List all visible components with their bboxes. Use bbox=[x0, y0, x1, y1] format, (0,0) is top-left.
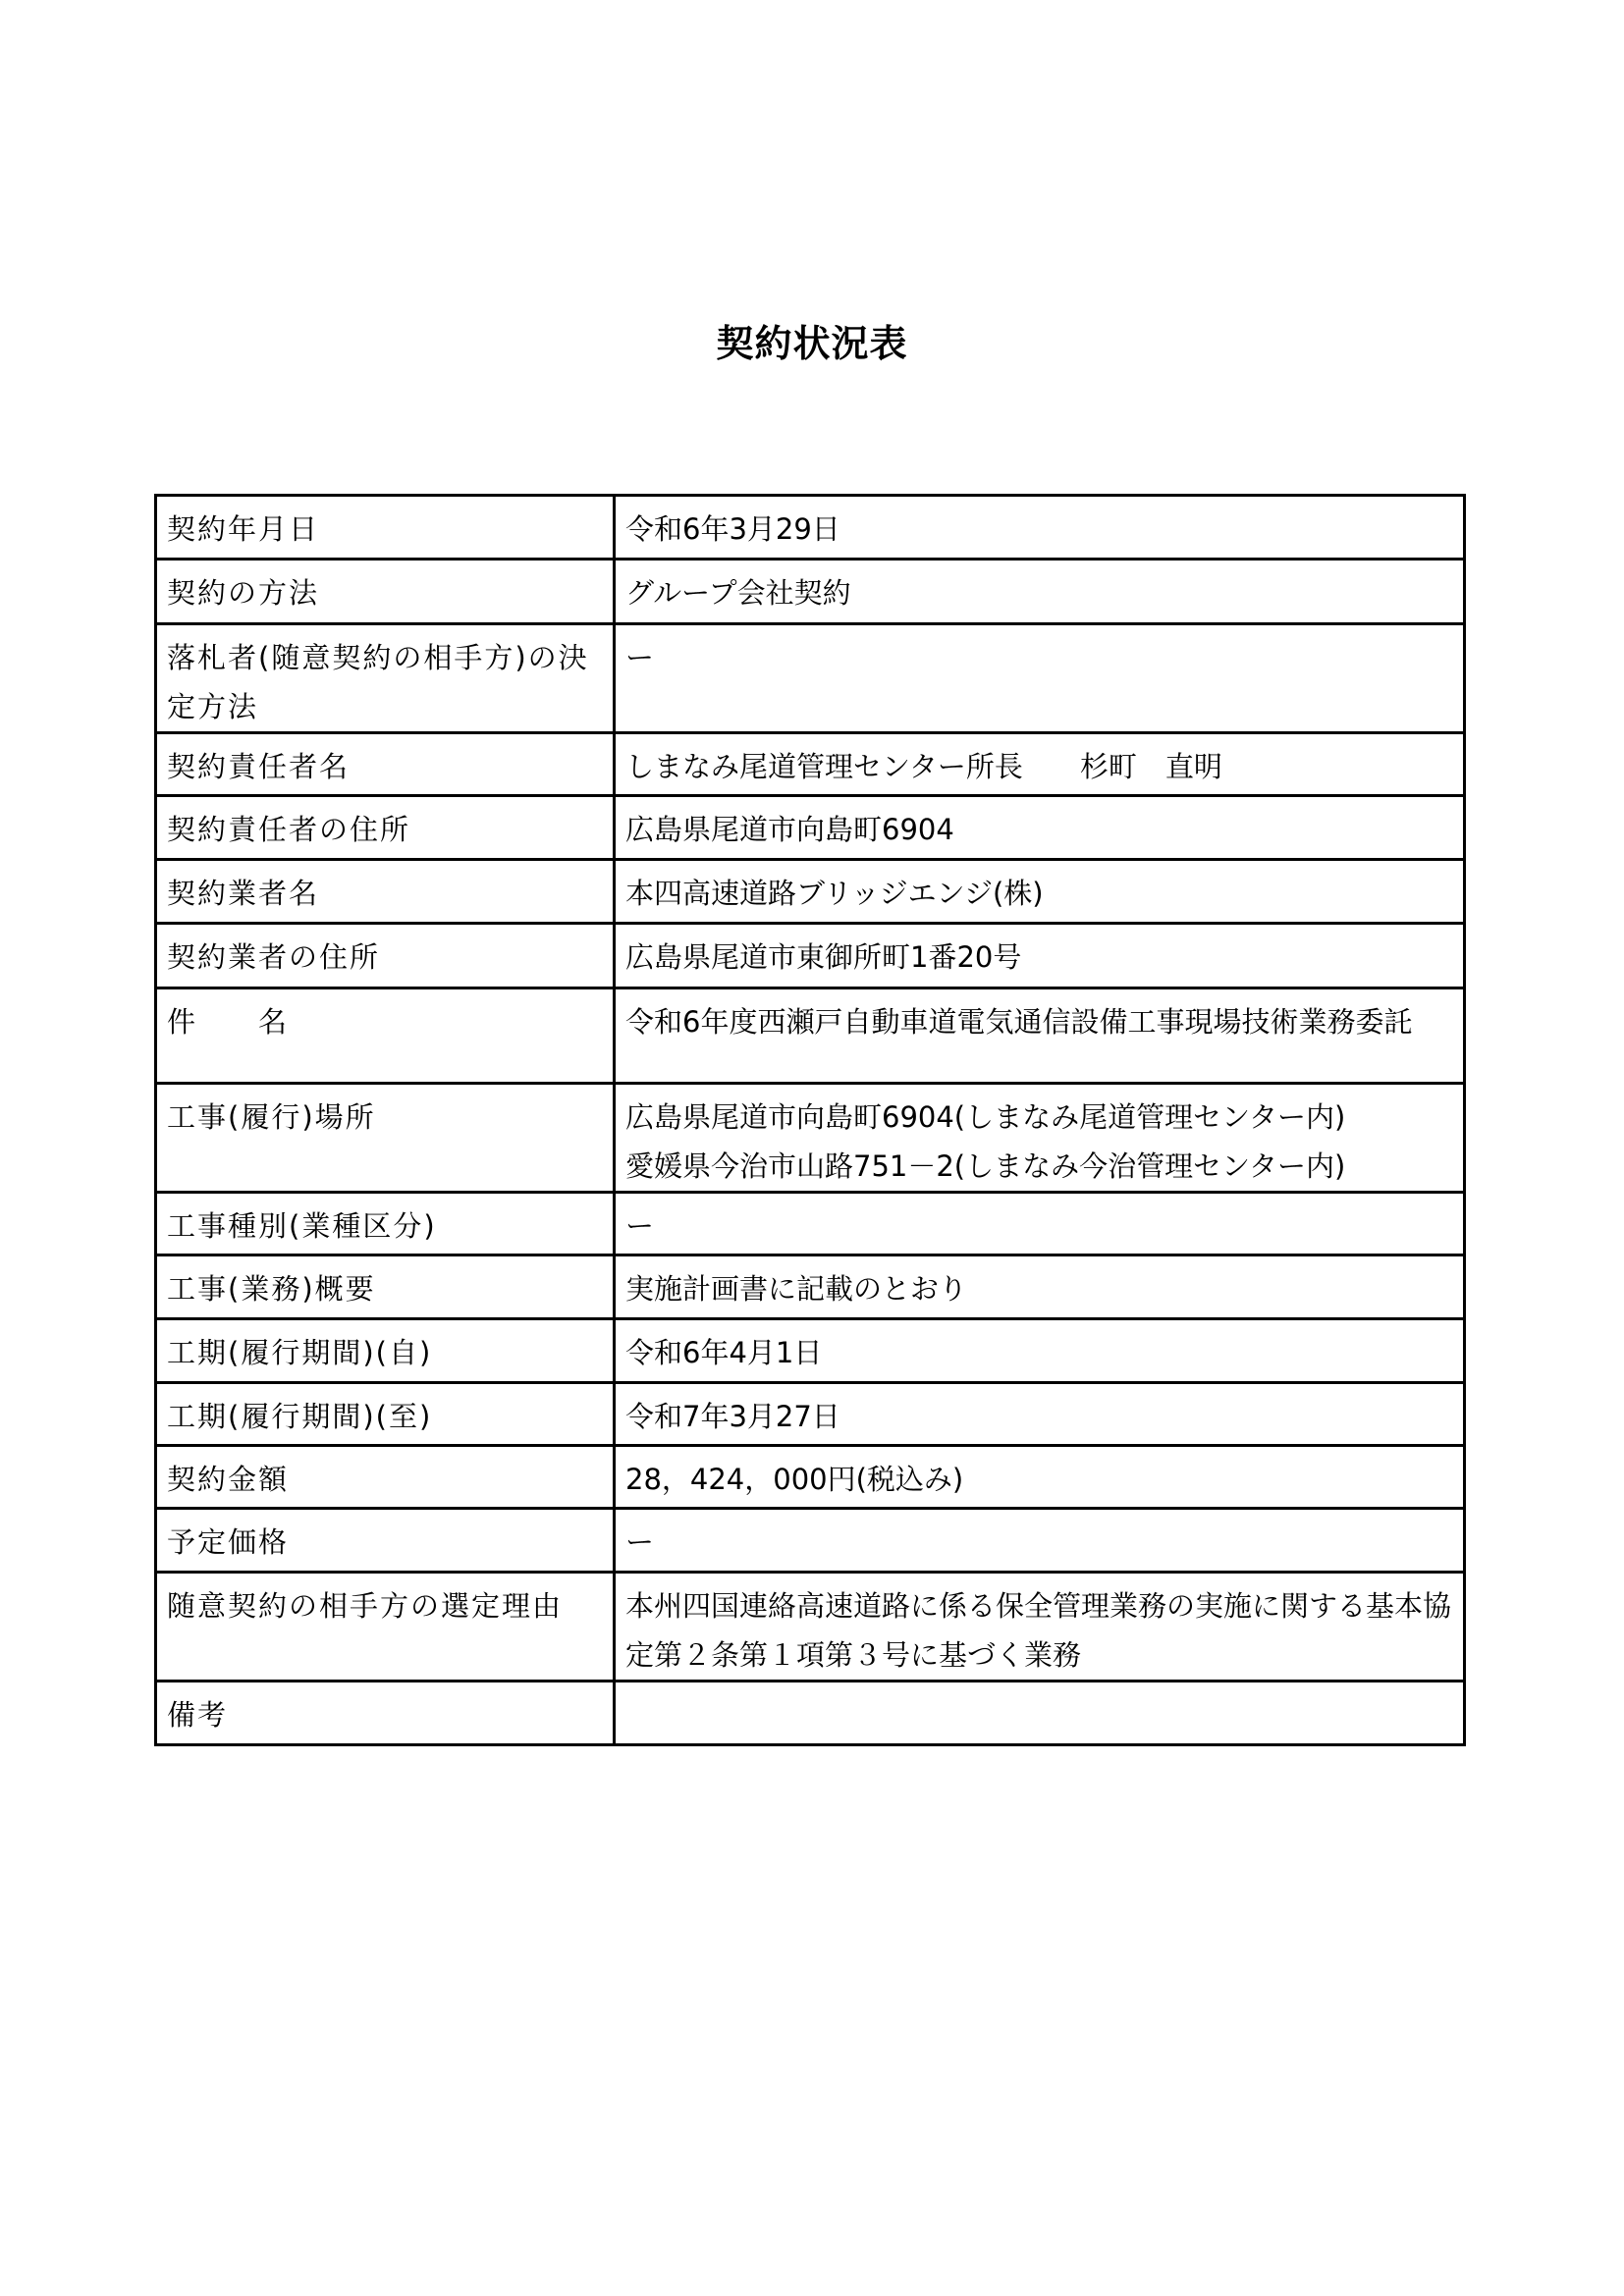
row-label: 契約責任者名 bbox=[156, 733, 615, 796]
row-value: 本州四国連絡高速道路に係る保全管理業務の実施に関する基本協定第２条第１項第３号に… bbox=[615, 1573, 1465, 1682]
row-label: 工期(履行期間)(至) bbox=[156, 1383, 615, 1446]
row-value: 広島県尾道市東御所町1番20号 bbox=[615, 924, 1465, 988]
row-value: 28，424，000円(税込み) bbox=[615, 1446, 1465, 1509]
row-label: 工事(履行)場所 bbox=[156, 1084, 615, 1193]
table-row-work-summary: 工事(業務)概要 実施計画書に記載のとおり bbox=[156, 1255, 1465, 1319]
row-label: 予定価格 bbox=[156, 1509, 615, 1573]
row-value: 令和6年4月1日 bbox=[615, 1319, 1465, 1383]
table-row-selection-reason: 随意契約の相手方の選定理由 本州四国連絡高速道路に係る保全管理業務の実施に関する… bbox=[156, 1573, 1465, 1682]
row-label: 件 名 bbox=[156, 988, 615, 1084]
table-row-period-start: 工期(履行期間)(自) 令和6年4月1日 bbox=[156, 1319, 1465, 1383]
table-row-contractor-name: 契約業者名 本四高速道路ブリッジエンジ(株) bbox=[156, 860, 1465, 924]
row-label: 工期(履行期間)(自) bbox=[156, 1319, 615, 1383]
table-row-contractor-address: 契約業者の住所 広島県尾道市東御所町1番20号 bbox=[156, 924, 1465, 988]
table-row-responsible-address: 契約責任者の住所 広島県尾道市向島町6904 bbox=[156, 796, 1465, 860]
table-row-estimated-price: 予定価格 ー bbox=[156, 1509, 1465, 1573]
table-row-work-type: 工事種別(業種区分) ー bbox=[156, 1193, 1465, 1255]
row-value: 広島県尾道市向島町6904(しまなみ尾道管理センター内) 愛媛県今治市山路751… bbox=[615, 1084, 1465, 1193]
table-row-work-location: 工事(履行)場所 広島県尾道市向島町6904(しまなみ尾道管理センター内) 愛媛… bbox=[156, 1084, 1465, 1193]
row-value: 令和6年度西瀬戸自動車道電気通信設備工事現場技術業務委託 bbox=[615, 988, 1465, 1084]
contract-status-table: 契約年月日 令和6年3月29日 契約の方法 グループ会社契約 落札者(随意契約の… bbox=[154, 494, 1466, 1746]
row-label: 契約金額 bbox=[156, 1446, 615, 1509]
row-value: しまなみ尾道管理センター所長 杉町 直明 bbox=[615, 733, 1465, 796]
table-row-contract-amount: 契約金額 28，424，000円(税込み) bbox=[156, 1446, 1465, 1509]
row-value: 実施計画書に記載のとおり bbox=[615, 1255, 1465, 1319]
row-value: ー bbox=[615, 1193, 1465, 1255]
row-label: 契約の方法 bbox=[156, 560, 615, 624]
table-row-contract-method: 契約の方法 グループ会社契約 bbox=[156, 560, 1465, 624]
row-label: 落札者(随意契約の相手方)の決定方法 bbox=[156, 624, 615, 733]
table-row-responsible-person: 契約責任者名 しまなみ尾道管理センター所長 杉町 直明 bbox=[156, 733, 1465, 796]
row-value: 本四高速道路ブリッジエンジ(株) bbox=[615, 860, 1465, 924]
row-label: 契約責任者の住所 bbox=[156, 796, 615, 860]
row-value: ー bbox=[615, 1509, 1465, 1573]
row-value bbox=[615, 1682, 1465, 1745]
table-row-remarks: 備考 bbox=[156, 1682, 1465, 1745]
row-value: ー bbox=[615, 624, 1465, 733]
row-label: 随意契約の相手方の選定理由 bbox=[156, 1573, 615, 1682]
row-value: 令和6年3月29日 bbox=[615, 496, 1465, 560]
row-label: 契約業者の住所 bbox=[156, 924, 615, 988]
table-row-subject: 件 名 令和6年度西瀬戸自動車道電気通信設備工事現場技術業務委託 bbox=[156, 988, 1465, 1084]
table-row-contract-date: 契約年月日 令和6年3月29日 bbox=[156, 496, 1465, 560]
table-row-period-end: 工期(履行期間)(至) 令和7年3月27日 bbox=[156, 1383, 1465, 1446]
row-value: 広島県尾道市向島町6904 bbox=[615, 796, 1465, 860]
row-label: 工事種別(業種区分) bbox=[156, 1193, 615, 1255]
row-value: 令和7年3月27日 bbox=[615, 1383, 1465, 1446]
document-title: 契約状況表 bbox=[0, 320, 1624, 367]
row-value: グループ会社契約 bbox=[615, 560, 1465, 624]
row-label: 備考 bbox=[156, 1682, 615, 1745]
row-label: 工事(業務)概要 bbox=[156, 1255, 615, 1319]
row-label: 契約年月日 bbox=[156, 496, 615, 560]
row-label: 契約業者名 bbox=[156, 860, 615, 924]
table-row-winner-decision-method: 落札者(随意契約の相手方)の決定方法 ー bbox=[156, 624, 1465, 733]
